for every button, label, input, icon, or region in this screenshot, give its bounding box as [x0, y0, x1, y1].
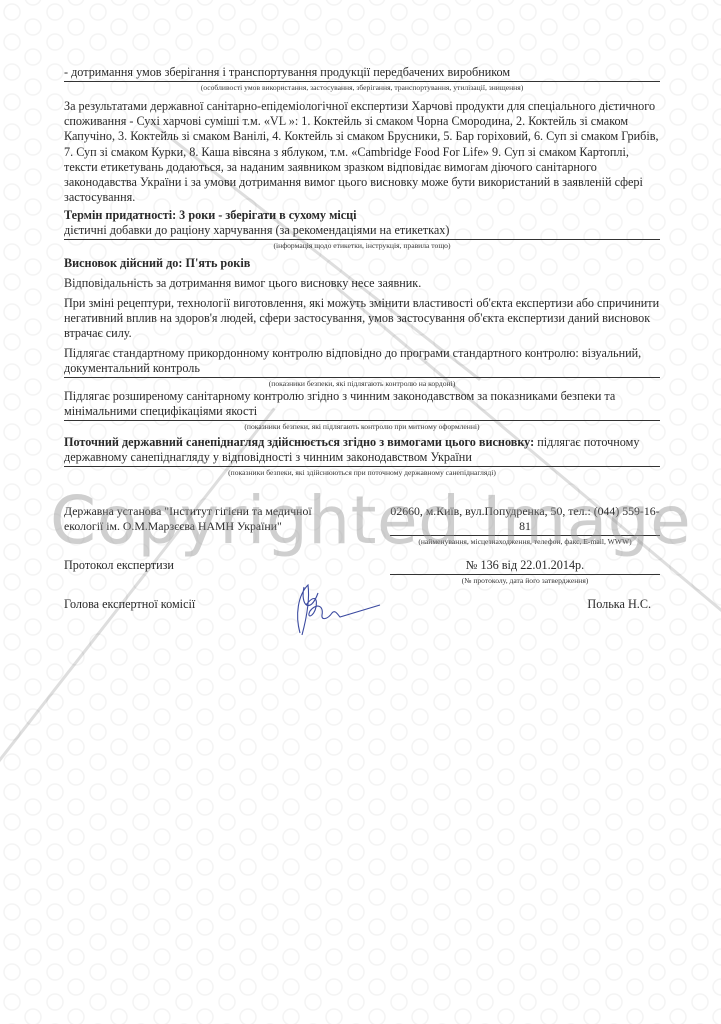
- protocol-caption: (№ протоколу, дата його затвердження): [390, 575, 660, 586]
- validity-statement: Висновок дійсний до: П'ять років: [64, 256, 660, 271]
- institution-address-caption: (найменування, місцезнаходження, телефон…: [390, 536, 660, 547]
- customs-control-caption: (показники безпеки, які підлягають контр…: [64, 421, 660, 432]
- customs-control-field: Підлягає розширеному санітарному контрол…: [64, 389, 660, 432]
- supervision-text: Поточний державний санепіднагляд здійсню…: [64, 435, 660, 467]
- institution-address-field: 02660, м.Київ, вул.Попудренка, 50, тел.:…: [390, 504, 660, 547]
- shelf-life-field: Термін придатності: 3 роки - зберігати в…: [64, 208, 660, 251]
- signature: [240, 575, 390, 645]
- border-control-field: Підлягає стандартному прикордонному конт…: [64, 346, 660, 389]
- supervision-field: Поточний державний санепіднагляд здійсню…: [64, 435, 660, 478]
- protocol-field: № 136 від 22.01.2014р. (№ протоколу, дат…: [390, 558, 660, 586]
- conclusion-paragraph: За результатами державної санітарно-епід…: [64, 99, 660, 205]
- storage-conditions-field: - дотримання умов зберігання і транспорт…: [64, 65, 660, 93]
- storage-conditions-value: - дотримання умов зберігання і транспорт…: [64, 65, 660, 82]
- institution-address: 02660, м.Київ, вул.Попудренка, 50, тел.:…: [390, 504, 660, 536]
- changes-notice: При зміні рецептури, технології виготовл…: [64, 296, 660, 342]
- protocol-label: Протокол експертизи: [64, 558, 174, 573]
- shelf-life-value: дієтичні добавки до раціону харчування (…: [64, 223, 660, 240]
- document-page: - дотримання умов зберігання і транспорт…: [0, 0, 721, 1024]
- protocol-value: № 136 від 22.01.2014р.: [390, 558, 660, 575]
- chairman-label: Голова експертної комісії: [64, 597, 195, 612]
- responsibility-statement: Відповідальність за дотримання вимог цьо…: [64, 276, 660, 291]
- shelf-life-caption: (інформація щодо етикетки, інструкція, п…: [64, 240, 660, 251]
- shelf-life-label: Термін придатності: 3 роки - зберігати в…: [64, 208, 660, 223]
- institution-name: Державна установа "Інститут гігієни та м…: [64, 504, 334, 534]
- supervision-caption: (показники безпеки, які здійснюються при…: [64, 467, 660, 478]
- storage-conditions-caption: (особливості умов використання, застосув…: [64, 82, 660, 93]
- customs-control-value: Підлягає розширеному санітарному контрол…: [64, 389, 660, 421]
- supervision-label: Поточний державний санепіднагляд здійсню…: [64, 435, 534, 449]
- chairman-name: Полька Н.С.: [587, 597, 651, 612]
- border-control-value: Підлягає стандартному прикордонному конт…: [64, 346, 660, 378]
- border-control-caption: (показники безпеки, які підлягають контр…: [64, 378, 660, 389]
